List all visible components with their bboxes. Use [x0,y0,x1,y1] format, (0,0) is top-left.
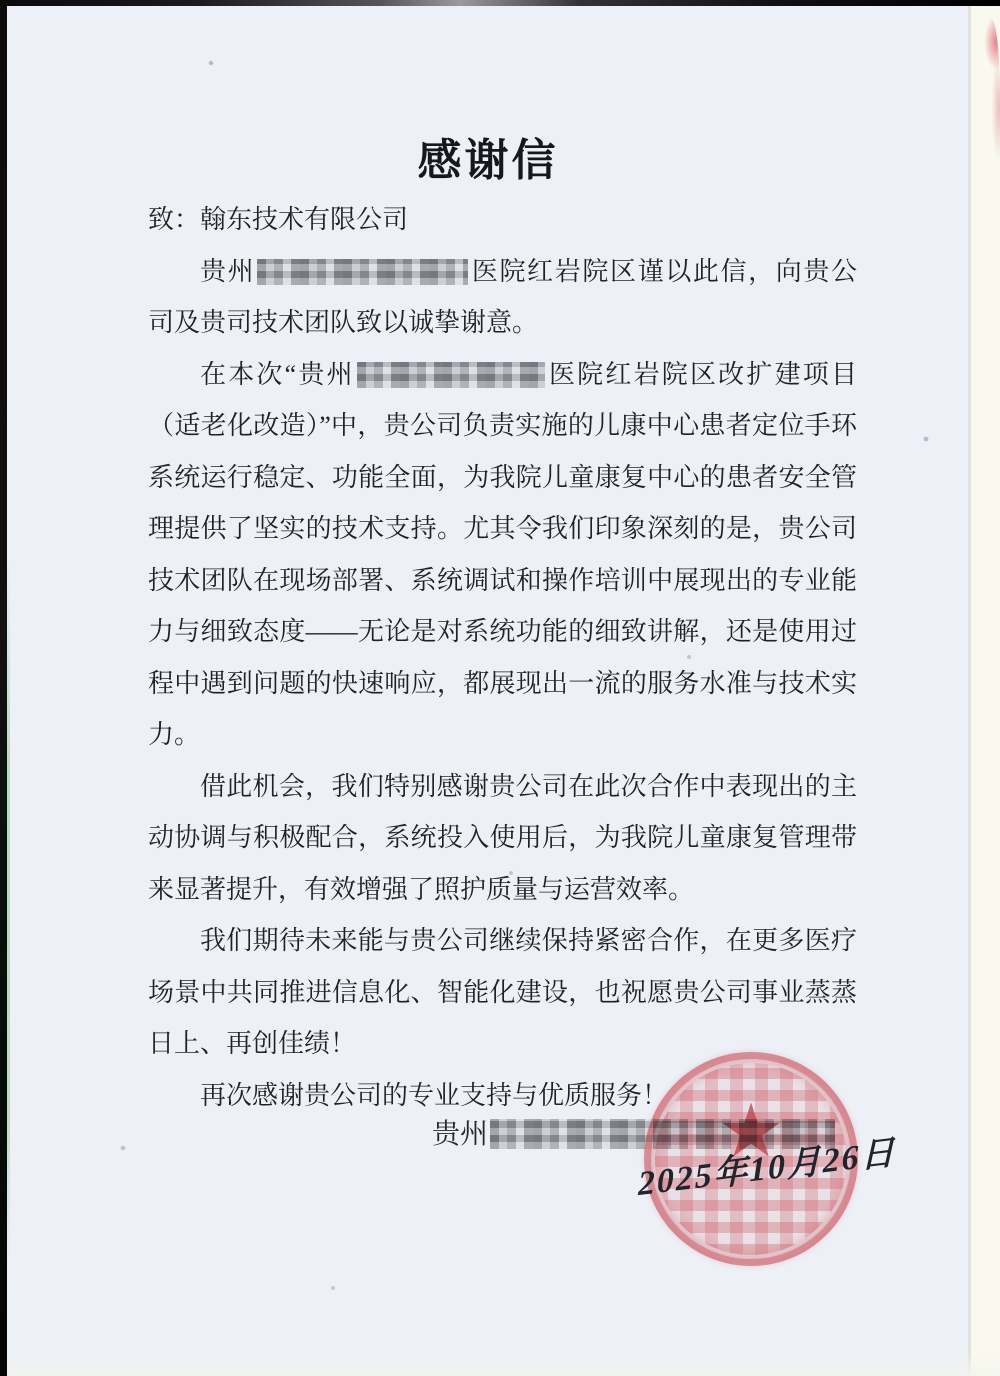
scanned-letter-page: { "document": { "title": "感谢信", "salutat… [0,0,1000,1376]
paragraph-2-pre: 在本次“贵州 [200,360,355,389]
signature-pre: 贵州 [432,1119,488,1150]
letter-title: 感谢信 [8,124,968,188]
paragraph-3: 借此机会，我们特别感谢贵公司在此次合作中表现出的主动协调与积极配合，系统投入使用… [148,761,857,916]
letter-body: 致：翰东技术有限公司 贵州医院红岩院区谨以此信，向贵公司及贵司技术团队致以诚挚谢… [148,194,857,1121]
scan-edge-left [0,0,7,1376]
scan-edge-left-green-tint [7,560,10,1260]
scan-edge-top [0,0,1000,6]
paragraph-2-post: 医院红岩院区改扩建项目（适老化改造）”中，贵公司负责实施的儿康中心患者定位手环系… [148,360,857,750]
redacted-text-block [357,362,545,388]
scan-edge-bottom [0,1352,1000,1376]
paragraph-1-pre: 贵州 [200,257,255,286]
paragraph-2: 在本次“贵州医院红岩院区改扩建项目（适老化改造）”中，贵公司负责实施的儿康中心患… [148,349,857,761]
redacted-text-block [257,259,468,285]
paragraph-1: 贵州医院红岩院区谨以此信，向贵公司及贵司技术团队致以诚挚谢意。 [148,246,857,349]
salutation-line: 致：翰东技术有限公司 [148,194,857,246]
pink-ink-smudge [978,18,1000,218]
paragraph-4: 我们期待未来能与贵公司继续保持紧密合作，在更多医疗场景中共同推进信息化、智能化建… [148,915,857,1070]
